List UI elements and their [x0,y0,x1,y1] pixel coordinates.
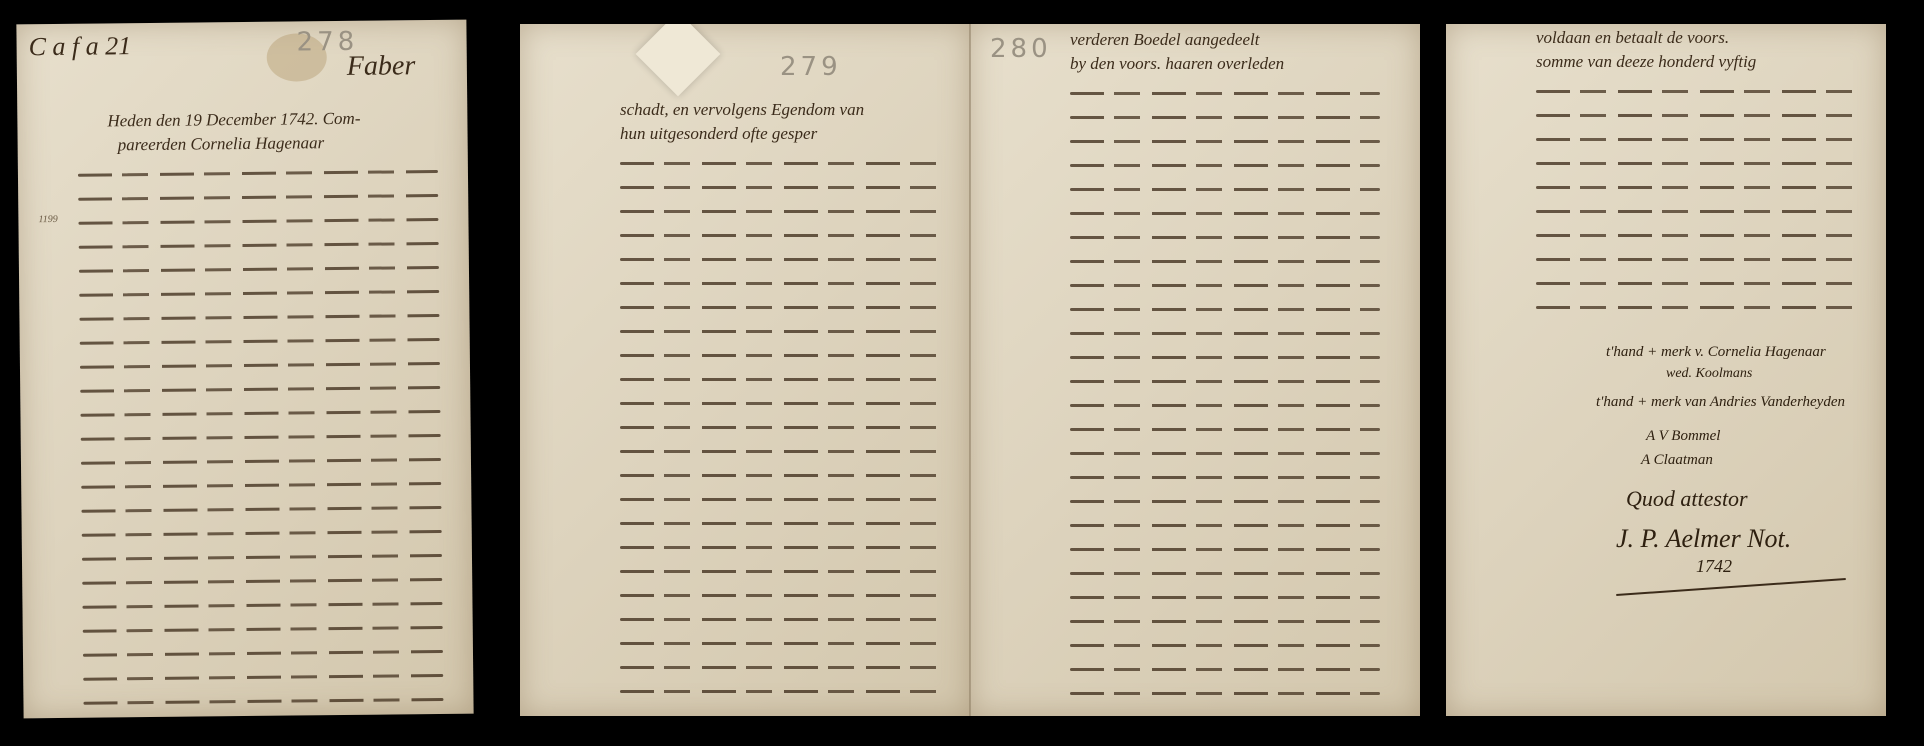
quod-attestor: Quod attestor [1626,486,1748,512]
handwritten-text-block [620,152,940,704]
second-line: pareerden Cornelia Hagenaar [118,133,325,155]
handwritten-text-block [78,160,444,716]
notary-year: 1742 [1696,556,1732,577]
opening-line: verderen Boedel aangedeelt [1070,30,1259,50]
opening-line: schadt, en vervolgens Egendom van [620,100,864,120]
signature-bommel: A V Bommel [1646,428,1720,445]
signature-flourish [1616,578,1846,596]
folio-number: 279 [780,52,842,82]
signature-koolmans: wed. Koolmans [1666,366,1752,382]
handwritten-text-block [1536,80,1856,320]
top-left-note: C a f a 21 [28,31,131,62]
manuscript-spread: 279 schadt, en vervolgens Egendom van hu… [520,24,1420,716]
second-line: somme van deeze honderd vyftig [1536,52,1756,72]
folio-number: 280 [990,34,1052,64]
manuscript-page-279: 279 schadt, en vervolgens Egendom van hu… [520,24,970,716]
handwritten-text-block [1070,82,1380,706]
second-line: by den voors. haaren overleden [1070,54,1284,74]
notary-signature: J. P. Aelmer Not. [1616,524,1791,554]
margin-note: 1199 [38,214,57,225]
manuscript-page-281: voldaan en betaalt de voors. somme van d… [1446,24,1886,716]
manuscript-page-280: 280 verderen Boedel aangedeelt by den vo… [970,24,1420,716]
opening-line: voldaan en betaalt de voors. [1536,28,1729,48]
signature-vanderheyden: t'hand + merk van Andries Vanderheyden [1596,394,1845,411]
signature-claatman: A Claatman [1641,452,1713,469]
folded-corner [636,24,721,96]
header-name: Faber [347,50,416,83]
page-fold [969,24,971,716]
manuscript-page-278: C a f a 21 278 Faber 1199 Heden den 19 D… [16,20,473,719]
second-line: hun uitgesonderd ofte gesper [620,124,817,144]
signature-hagenaar: t'hand + merk v. Cornelia Hagenaar [1606,344,1826,361]
opening-line: Heden den 19 December 1742. Com- [107,109,360,132]
